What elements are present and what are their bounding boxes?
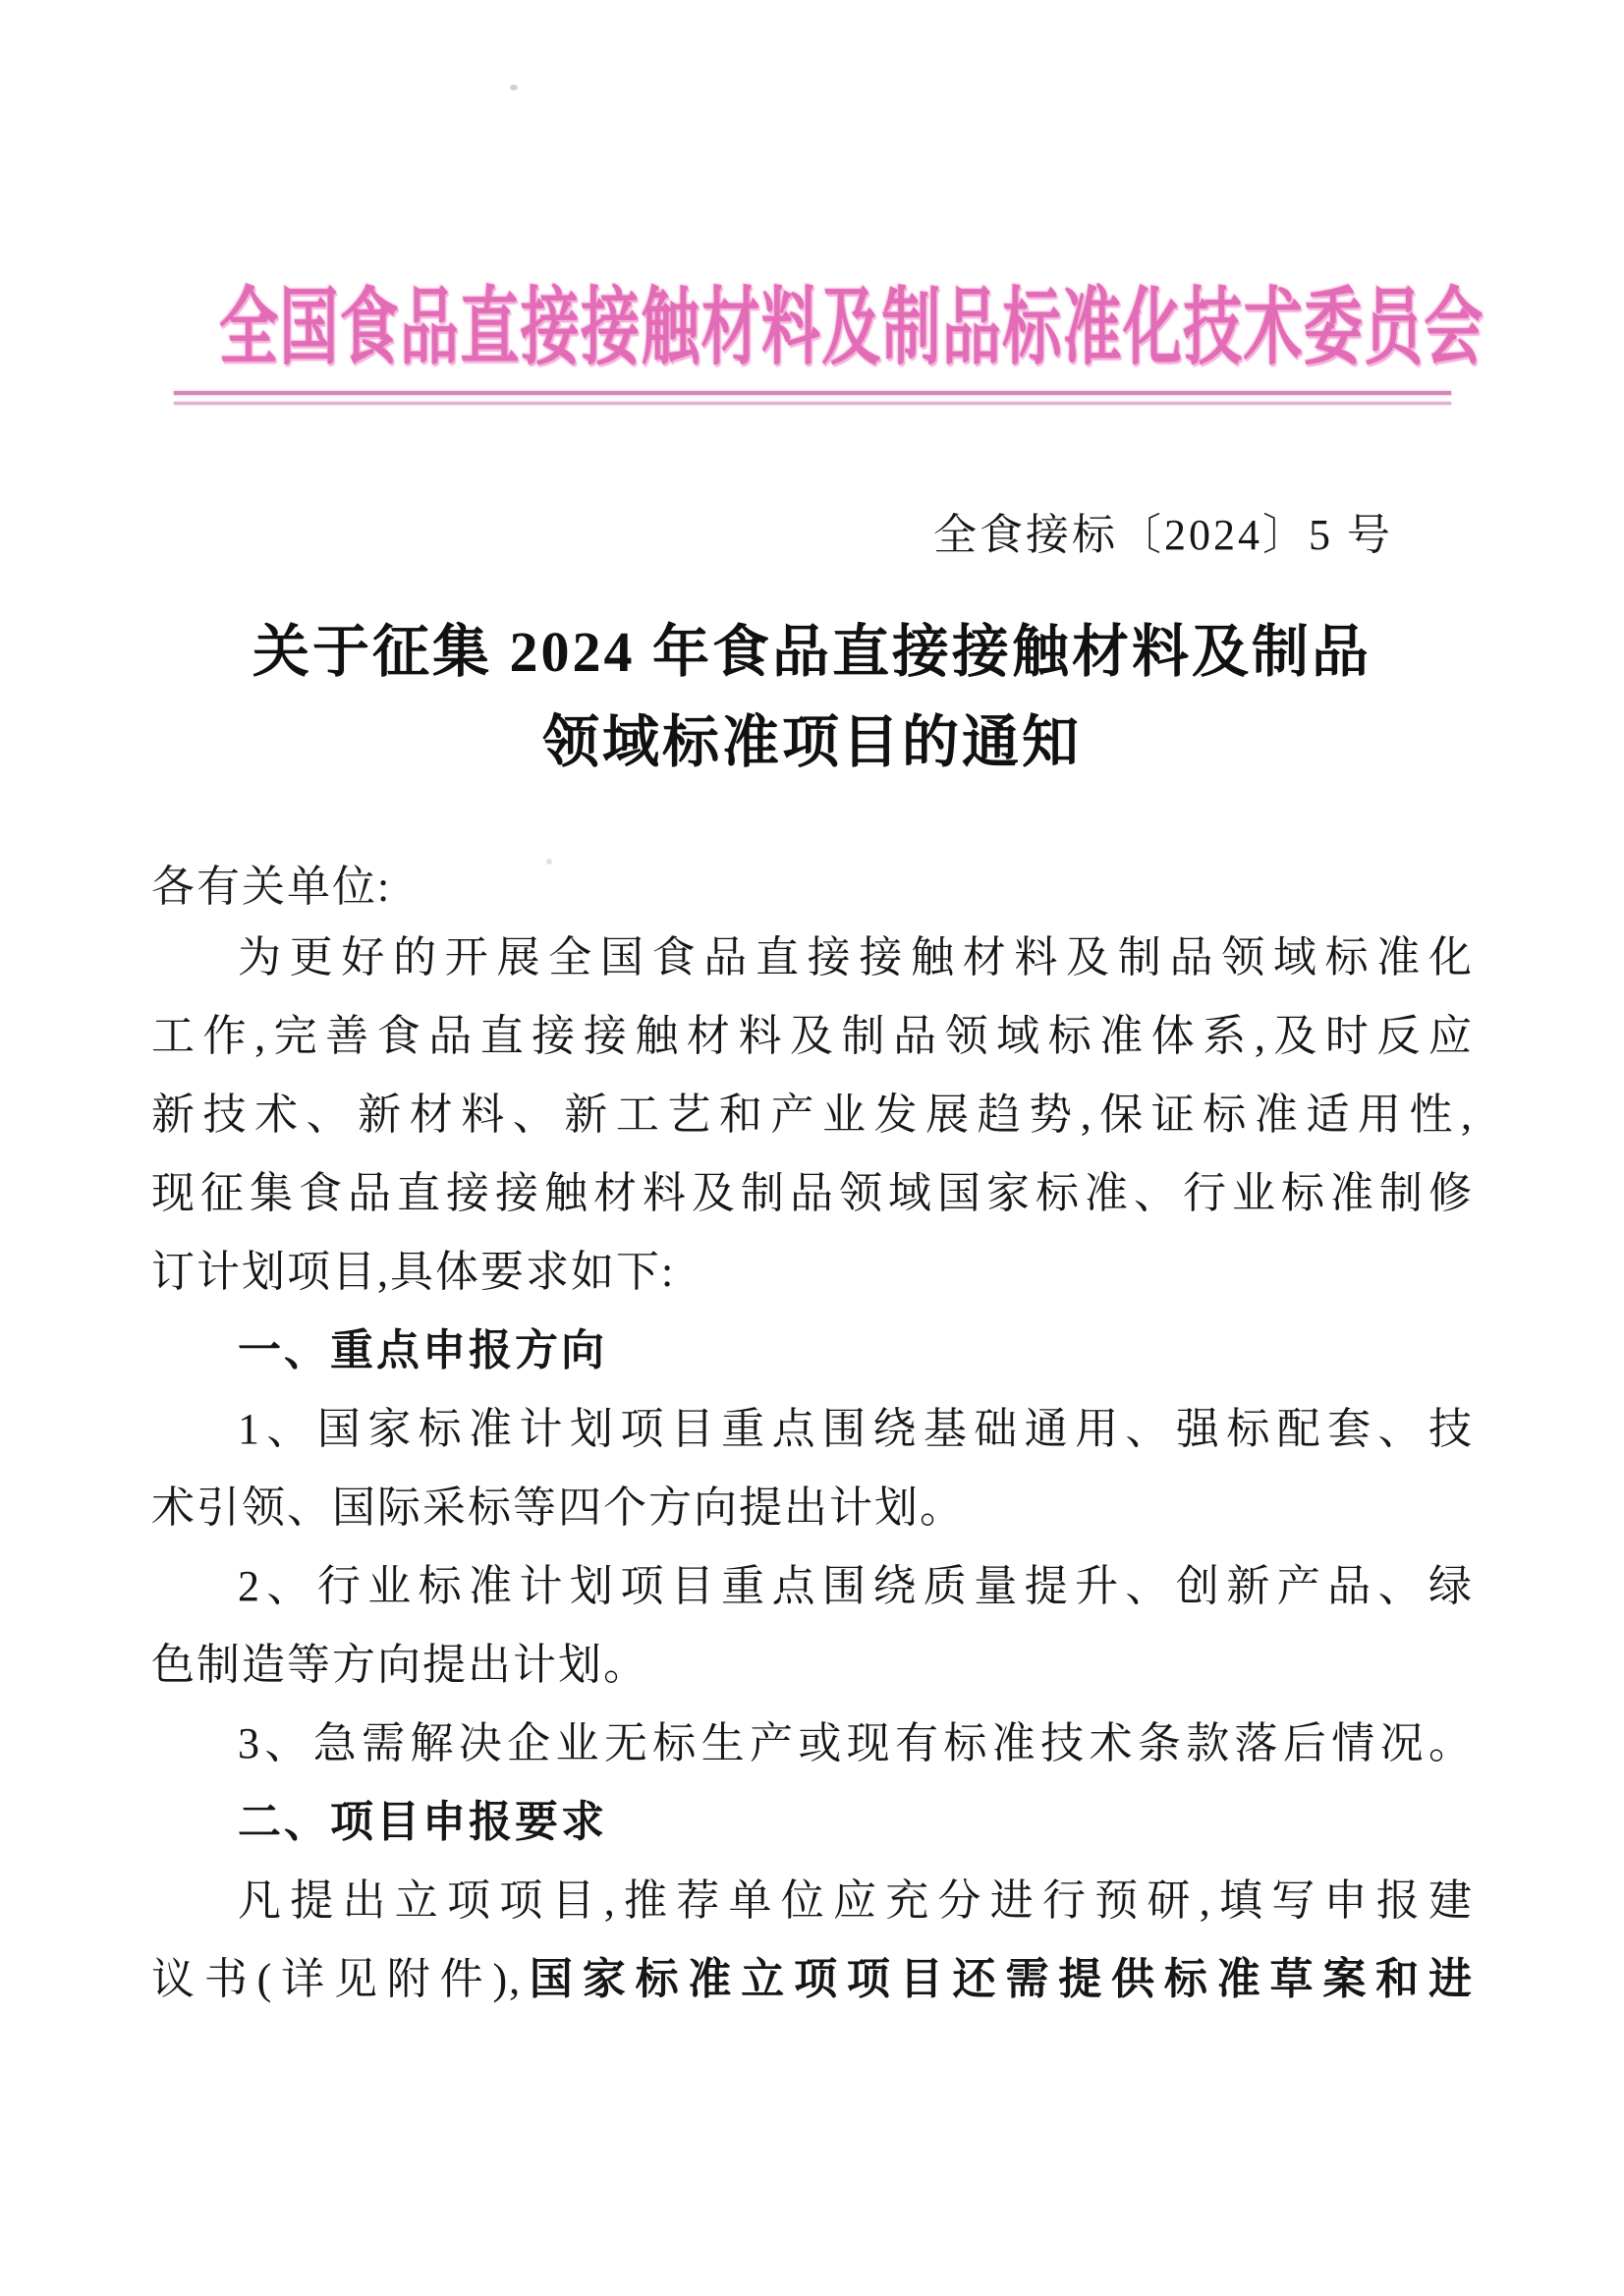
body-line: 1、国家标准计划项目重点围绕基础通用、强标配套、技 xyxy=(151,1390,1474,1469)
body-line: 2、行业标准计划项目重点围绕质量提升、创新产品、绿 xyxy=(151,1547,1474,1626)
scan-speck xyxy=(510,84,518,90)
body-line: 色制造等方向提出计划。 xyxy=(151,1626,1474,1705)
body-line: 订计划项目,具体要求如下: xyxy=(151,1233,1474,1312)
body-line: 新技术、新材料、新工艺和产业发展趋势,保证标准适用性, xyxy=(151,1076,1474,1154)
body-line-normal-part: 议书(详见附件), xyxy=(151,1955,522,2003)
scanned-notice-document: 全国食品直接接触材料及制品标准化技术委员会 全食接标〔2024〕5 号 关于征集… xyxy=(0,0,1624,2296)
letterhead-underline-top xyxy=(174,391,1451,395)
document-number: 全食接标〔2024〕5 号 xyxy=(0,499,1624,562)
letterhead-underline xyxy=(174,391,1451,405)
body-line: 工作,完善食品直接接触材料及制品领域标准体系,及时反应 xyxy=(151,997,1474,1076)
document-title-line2: 领域标准项目的通知 xyxy=(0,698,1624,788)
body-line: 术引领、国际采标等四个方向提出计划。 xyxy=(151,1469,1474,1547)
body-line: 凡提出立项项目,推荐单位应充分进行预研,填写申报建 xyxy=(151,1862,1474,1940)
body-line-bold-part: 国家标准立项项目还需提供标准草案和进 xyxy=(522,1955,1474,2003)
letterhead-underline-bottom xyxy=(174,402,1451,405)
document-title: 关于征集 2024 年食品直接接触材料及制品 领域标准项目的通知 xyxy=(0,607,1624,788)
document-title-line1: 关于征集 2024 年食品直接接触材料及制品 xyxy=(0,607,1624,698)
document-body: 为更好的开展全国食品直接接触材料及制品领域标准化 工作,完善食品直接接触材料及制… xyxy=(151,919,1474,2019)
body-line: 3、急需解决企业无标生产或现有标准技术条款落后情况。 xyxy=(151,1705,1474,1783)
body-line: 现征集食品直接接触材料及制品领域国家标准、行业标准制修 xyxy=(151,1154,1474,1233)
letterhead-banner: 全国食品直接接触材料及制品标准化技术委员会 xyxy=(219,260,1405,381)
body-line: 为更好的开展全国食品直接接触材料及制品领域标准化 xyxy=(151,919,1474,997)
salutation: 各有关单位: xyxy=(151,851,1474,914)
section-heading: 一、重点申报方向 xyxy=(151,1312,1474,1390)
section-heading: 二、项目申报要求 xyxy=(151,1783,1474,1862)
body-line-mixed: 议书(详见附件),国家标准立项项目还需提供标准草案和进 xyxy=(151,1940,1474,2019)
